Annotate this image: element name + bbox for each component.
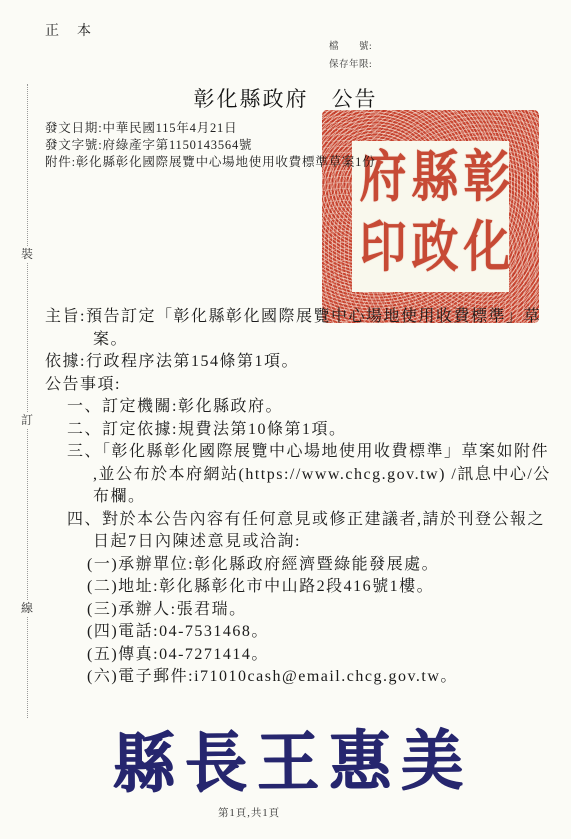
body-line-contact-address: (二)地址:彰化縣彰化市中山路2段416號1樓。 (87, 576, 555, 599)
binding-mark-zhuang: 裝 (21, 246, 33, 262)
announcement-body: 主旨:預告訂定「彰化縣彰化國際展覽中心場地使用收費標準」草 案。 依據:行政程序… (45, 306, 555, 689)
magistrate-signature: 縣長王惠美 (88, 707, 499, 805)
body-line-item-3-wrap1: ,並公布於本府網站(https://www.chcg.gov.tw) /訊息中心… (93, 464, 555, 487)
seal-text: 彰化 縣政 府印 (353, 147, 509, 286)
body-line-contact-phone: (四)電話:04-7531468。 (87, 621, 555, 644)
page-number-footer: 第1頁,共1頁 (218, 805, 280, 820)
body-line-contact-unit: (一)承辦單位:彰化縣政府經濟暨綠能發展處。 (87, 554, 555, 577)
body-line-item-3: 三、「彰化縣彰化國際展覽中心場地使用收費標準」草案如附件 (67, 441, 555, 464)
body-line-subject: 主旨:預告訂定「彰化縣彰化國際展覽中心場地使用收費標準」草 (45, 306, 555, 329)
body-line-contact-fax: (五)傳真:04-7271414。 (87, 644, 555, 667)
body-line-item-4-wrap: 日起7日內陳述意見或洽詢: (93, 531, 555, 554)
official-seal-stamp: 彰化 縣政 府印 (322, 110, 539, 323)
body-line-contact-person: (三)承辦人:張君瑞。 (87, 599, 555, 622)
seal-inner: 彰化 縣政 府印 (352, 141, 509, 292)
binding-dotted-line (27, 84, 28, 718)
body-line-item-4: 四、對於本公告內容有任何意見或修正建議者,請於刊登公報之 (67, 509, 555, 532)
archive-block: 檔 號: 保存年限: (329, 39, 372, 74)
body-line-matters-header: 公告事項: (45, 374, 555, 397)
body-line-item-2: 二、訂定依據:規費法第10條第1項。 (67, 419, 555, 442)
binding-mark-ding: 訂 (21, 412, 33, 428)
body-line-contact-email: (六)電子郵件:i71010cash@email.chcg.gov.tw。 (87, 666, 555, 689)
retention-period-label: 保存年限: (329, 57, 372, 75)
body-line-item-3-wrap2: 布欄。 (93, 486, 555, 509)
copy-label: 正 本 (45, 20, 93, 40)
announcement-page: 正 本 檔 號: 保存年限: 彰化縣政府 公告 發文日期:中華民國115年4月2… (0, 0, 571, 839)
page-title: 彰化縣政府 公告 (0, 83, 571, 113)
body-line-subject-wrap: 案。 (93, 329, 555, 352)
binding-mark-xian: 線 (21, 600, 33, 616)
body-line-item-1: 一、訂定機關:彰化縣政府。 (67, 396, 555, 419)
file-number-label: 檔 號: (329, 39, 372, 57)
body-line-basis: 依據:行政程序法第154條第1項。 (45, 351, 555, 374)
